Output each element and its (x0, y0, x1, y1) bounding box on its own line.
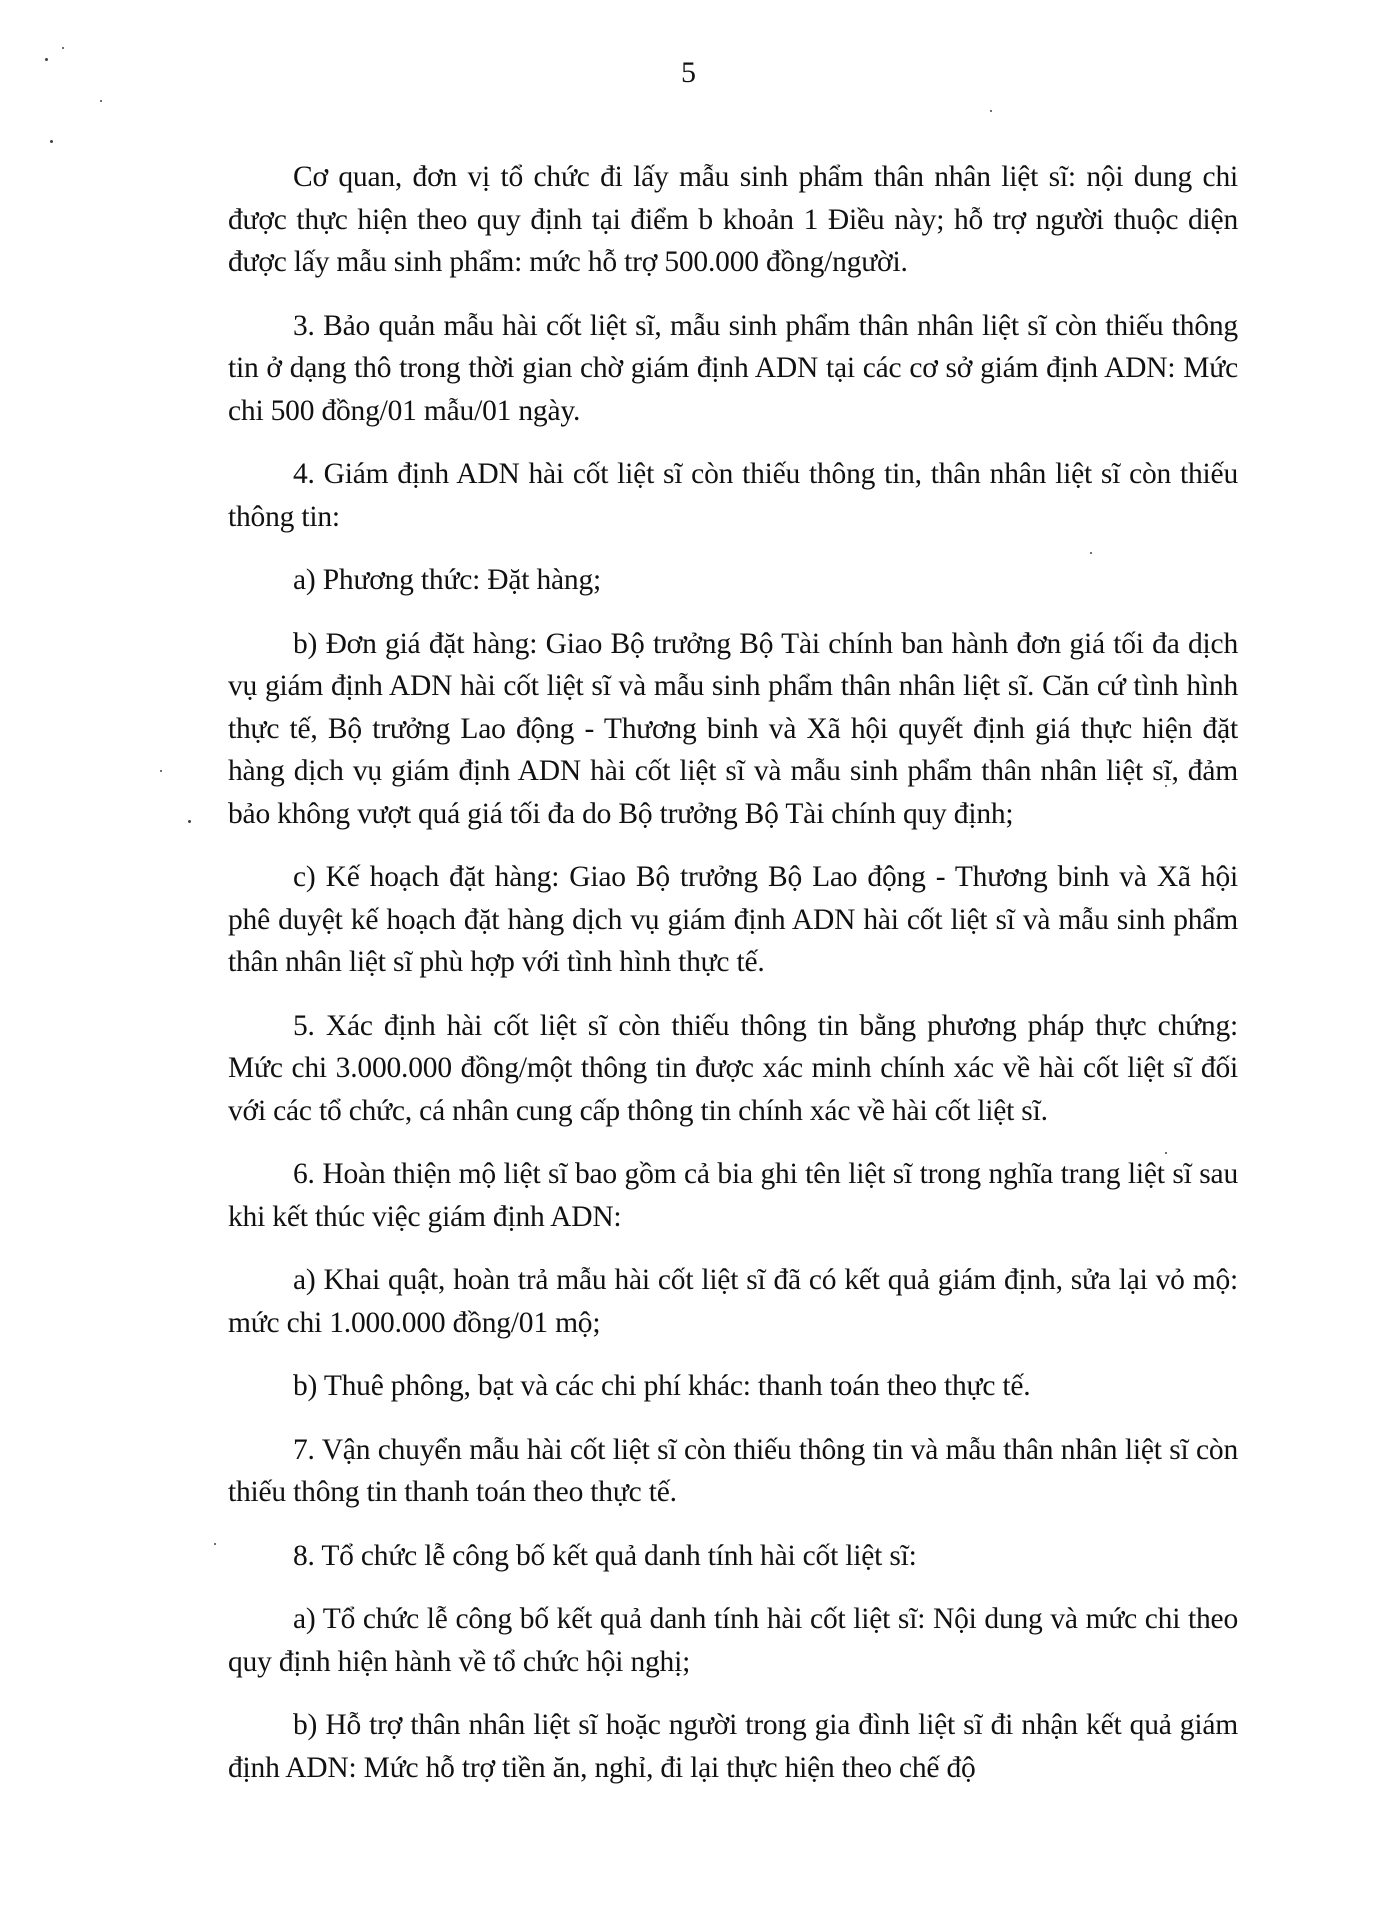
paragraph-item-5: 5. Xác định hài cốt liệt sĩ còn thiếu th… (228, 1005, 1238, 1133)
paragraph-item-7: 7. Vận chuyển mẫu hài cốt liệt sĩ còn th… (228, 1429, 1238, 1514)
paragraph-item-4a: a) Phương thức: Đặt hàng; (228, 559, 1238, 602)
scan-speck (188, 820, 191, 823)
paragraph-item-6a: a) Khai quật, hoàn trả mẫu hài cốt liệt … (228, 1259, 1238, 1344)
paragraph-item-4c: c) Kế hoạch đặt hàng: Giao Bộ trưởng Bộ … (228, 856, 1238, 984)
scan-speck (50, 140, 53, 143)
scan-speck (45, 58, 48, 61)
paragraph-item-3: 3. Bảo quản mẫu hài cốt liệt sĩ, mẫu sin… (228, 305, 1238, 433)
paragraph-intro: Cơ quan, đơn vị tổ chức đi lấy mẫu sinh … (228, 156, 1238, 284)
scan-speck (1090, 552, 1092, 554)
paragraph-item-8a: a) Tổ chức lễ công bố kết quả danh tính … (228, 1598, 1238, 1683)
scan-speck (1165, 785, 1167, 787)
scan-speck (990, 110, 992, 112)
scan-speck (160, 770, 162, 772)
paragraph-item-8b: b) Hỗ trợ thân nhân liệt sĩ hoặc người t… (228, 1704, 1238, 1789)
scan-speck (214, 1543, 216, 1545)
paragraph-item-8: 8. Tổ chức lễ công bố kết quả danh tính … (228, 1535, 1238, 1578)
paragraph-item-4: 4. Giám định ADN hài cốt liệt sĩ còn thi… (228, 453, 1238, 538)
document-body: Cơ quan, đơn vị tổ chức đi lấy mẫu sinh … (228, 156, 1238, 1789)
scan-speck (100, 100, 102, 102)
scan-speck (62, 47, 64, 49)
paragraph-item-6: 6. Hoàn thiện mộ liệt sĩ bao gồm cả bia … (228, 1153, 1238, 1238)
scan-speck (1165, 1152, 1167, 1154)
paragraph-item-4b: b) Đơn giá đặt hàng: Giao Bộ trưởng Bộ T… (228, 623, 1238, 836)
paragraph-item-6b: b) Thuê phông, bạt và các chi phí khác: … (228, 1365, 1238, 1408)
page-number: 5 (0, 58, 1377, 88)
